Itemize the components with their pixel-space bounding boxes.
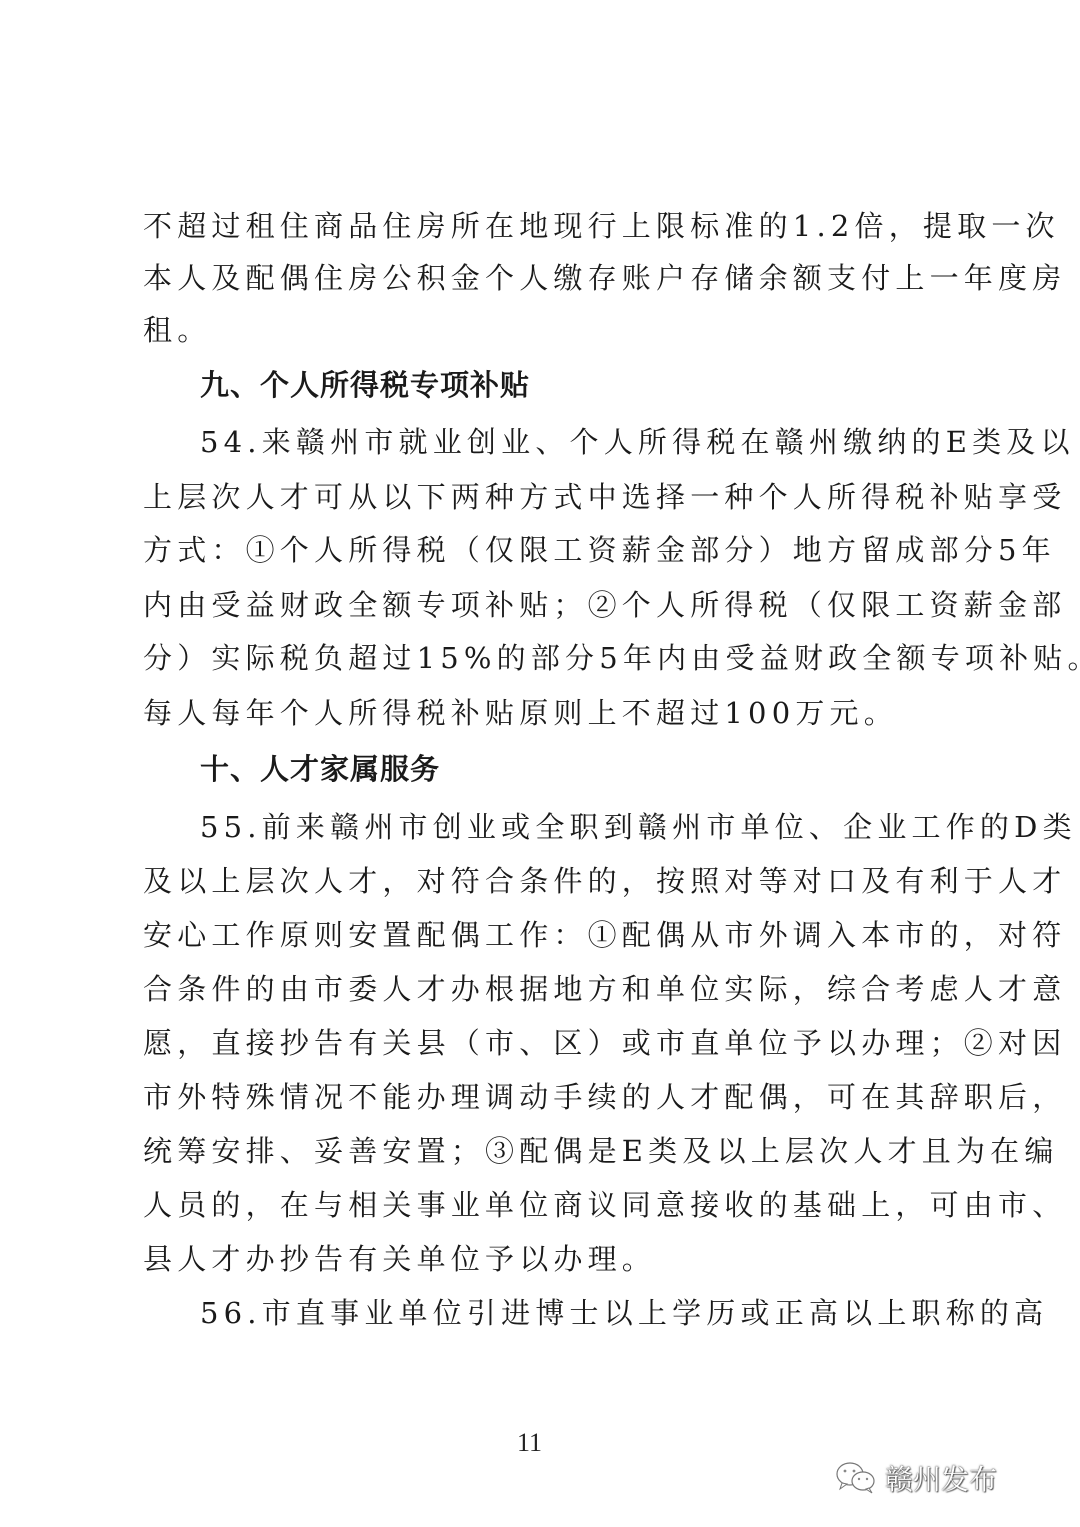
paragraph-line: 统筹安排、妥善安置；③配偶是E类及以上层次人才且为在编: [143, 1134, 943, 1168]
section-heading-9: 九、个人所得税专项补贴: [200, 368, 1000, 402]
document-page: 不超过租住商品住房所在地现行上限标准的1.2倍，提取一次 本人及配偶住房公积金个…: [0, 0, 1080, 1527]
wechat-icon: [835, 1461, 879, 1495]
paragraph-line: 及以上层次人才，对符合条件的，按照对等对口及有利于人才: [143, 864, 943, 898]
paragraph-line: 上层次人才可从以下两种方式中选择一种个人所得税补贴享受: [143, 480, 943, 514]
watermark-label: 赣州发布: [885, 1458, 997, 1498]
paragraph-line: 56.市直事业单位引进博士以上学历或正高以上职称的高: [200, 1296, 1000, 1330]
paragraph-line: 愿，直接抄告有关县（市、区）或市直单位予以办理；②对因: [143, 1026, 943, 1060]
paragraph-line: 县人才办抄告有关单位予以办理。: [143, 1242, 943, 1276]
watermark: 赣州发布: [835, 1458, 997, 1498]
paragraph-line: 54.来赣州市就业创业、个人所得税在赣州缴纳的E类及以: [200, 425, 1000, 459]
paragraph-line: 内由受益财政全额专项补贴；②个人所得税（仅限工资薪金部: [143, 588, 943, 622]
section-heading-10: 十、人才家属服务: [200, 752, 1000, 786]
paragraph-line: 安心工作原则安置配偶工作：①配偶从市外调入本市的，对符: [143, 918, 943, 952]
paragraph-line: 市外特殊情况不能办理调动手续的人才配偶，可在其辞职后，: [143, 1080, 943, 1114]
paragraph-line: 每人每年个人所得税补贴原则上不超过100万元。: [143, 696, 943, 730]
paragraph-line: 分）实际税负超过15%的部分5年内由受益财政全额专项补贴。: [143, 641, 943, 675]
paragraph-line: 租。: [143, 313, 943, 347]
paragraph-line: 人员的，在与相关事业单位商议同意接收的基础上，可由市、: [143, 1188, 943, 1222]
paragraph-line: 本人及配偶住房公积金个人缴存账户存储余额支付上一年度房: [143, 261, 943, 295]
paragraph-line: 不超过租住商品住房所在地现行上限标准的1.2倍，提取一次: [143, 209, 943, 243]
paragraph-line: 55.前来赣州市创业或全职到赣州市单位、企业工作的D类: [200, 810, 1000, 844]
page-number: 11: [517, 1428, 542, 1458]
paragraph-line: 合条件的由市委人才办根据地方和单位实际，综合考虑人才意: [143, 972, 943, 1006]
paragraph-line: 方式：①个人所得税（仅限工资薪金部分）地方留成部分5年: [143, 533, 943, 567]
